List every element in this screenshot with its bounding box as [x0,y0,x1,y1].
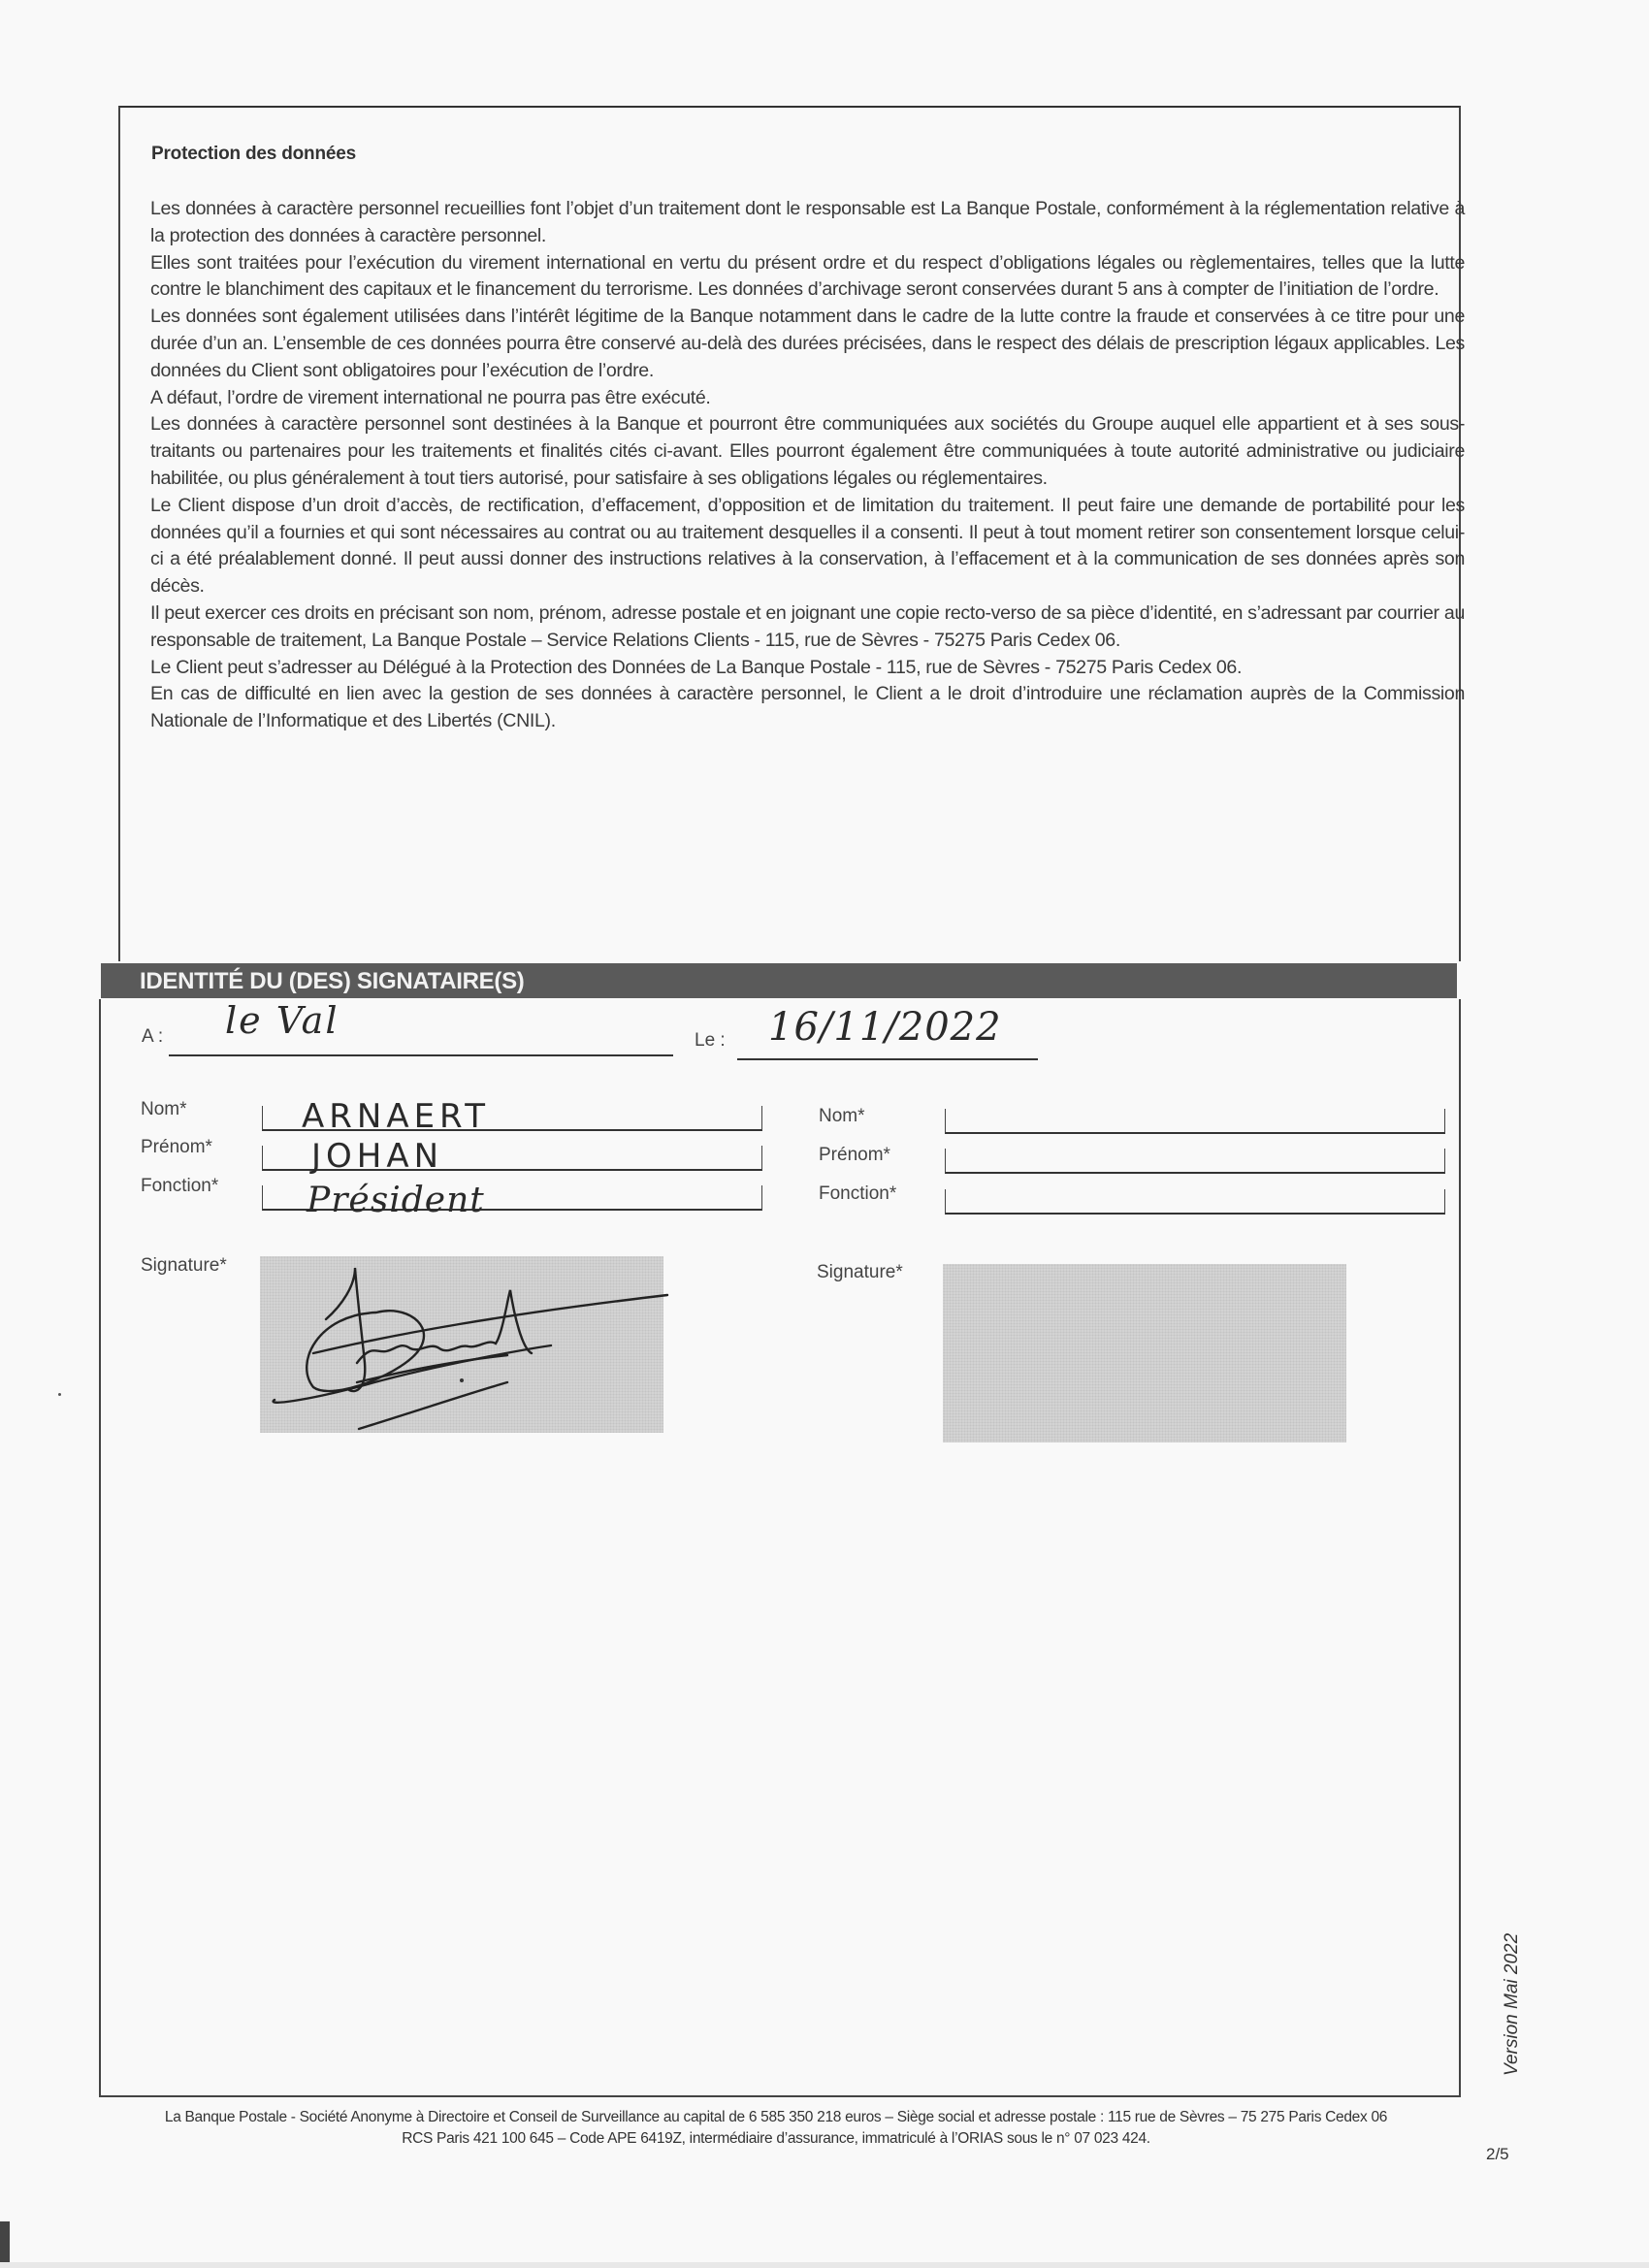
protection-paragraph: Il peut exercer ces droits en précisant … [150,600,1465,655]
protection-body: Les données à caractère personnel recuei… [150,196,1465,735]
s2-fonction-field[interactable] [945,1189,1445,1215]
version-label: Version Mai 2022 [1502,1933,1523,2076]
date-field[interactable]: 16/11/2022 [768,1005,1002,1050]
protection-paragraph: Le Client peut s’adresser au Délégué à l… [150,655,1465,682]
s2-fonction-label: Fonction* [819,1183,896,1205]
protection-paragraph: A défaut, l’ordre de virement internatio… [150,385,1465,412]
signature-drawing [260,1256,726,1433]
place-label: A : [142,1026,163,1048]
scan-edge [0,2262,1649,2268]
protection-paragraph: En cas de difficulté en lien avec la ges… [150,681,1465,735]
s2-nom-field[interactable] [945,1109,1445,1134]
s2-signature-box[interactable] [943,1264,1346,1442]
signatories-header: IDENTITÉ DU (DES) SIGNATAIRE(S) [101,963,1457,998]
s1-signature-box[interactable] [260,1256,663,1433]
s1-fonction-field[interactable]: Président [262,1185,762,1211]
signatories-title: IDENTITÉ DU (DES) SIGNATAIRE(S) [140,968,524,995]
s1-prenom-label: Prénom* [141,1137,212,1158]
place-field[interactable]: le Val [225,999,339,1042]
date-line [737,1058,1038,1060]
s1-prenom-field[interactable]: JOHAN [262,1146,762,1171]
scan-edge-shadow [0,2221,10,2268]
protection-title: Protection des données [151,144,356,165]
scan-speck [58,1393,61,1396]
place-line [169,1054,673,1056]
page-number: 2/5 [1486,2145,1509,2164]
s1-prenom-value: JOHAN [311,1140,443,1173]
s2-prenom-field[interactable] [945,1149,1445,1174]
protection-paragraph: Les données sont également utilisées dan… [150,304,1465,384]
s1-nom-value: ARNAERT [302,1100,490,1133]
s1-nom-label: Nom* [141,1099,187,1120]
protection-paragraph: Elles sont traitées pour l’exécution du … [150,250,1465,305]
legal-footer: La Banque Postale - Société Anonyme à Di… [97,2107,1455,2150]
protection-paragraph: Le Client dispose d’un droit d’accès, de… [150,493,1465,600]
s1-fonction-value: Président [307,1183,485,1218]
s1-nom-field[interactable]: ARNAERT [262,1106,762,1131]
footer-line-2: RCS Paris 421 100 645 – Code APE 6419Z, … [97,2128,1455,2150]
s1-signature-label: Signature* [141,1255,227,1277]
protection-paragraph: Les données à caractère personnel recuei… [150,196,1465,250]
date-label: Le : [695,1030,726,1052]
s2-signature-label: Signature* [817,1262,903,1283]
protection-paragraph: Les données à caractère personnel sont d… [150,411,1465,492]
footer-line-1: La Banque Postale - Société Anonyme à Di… [97,2107,1455,2128]
s2-prenom-label: Prénom* [819,1145,890,1166]
s1-fonction-label: Fonction* [141,1176,218,1197]
s2-nom-label: Nom* [819,1106,865,1127]
